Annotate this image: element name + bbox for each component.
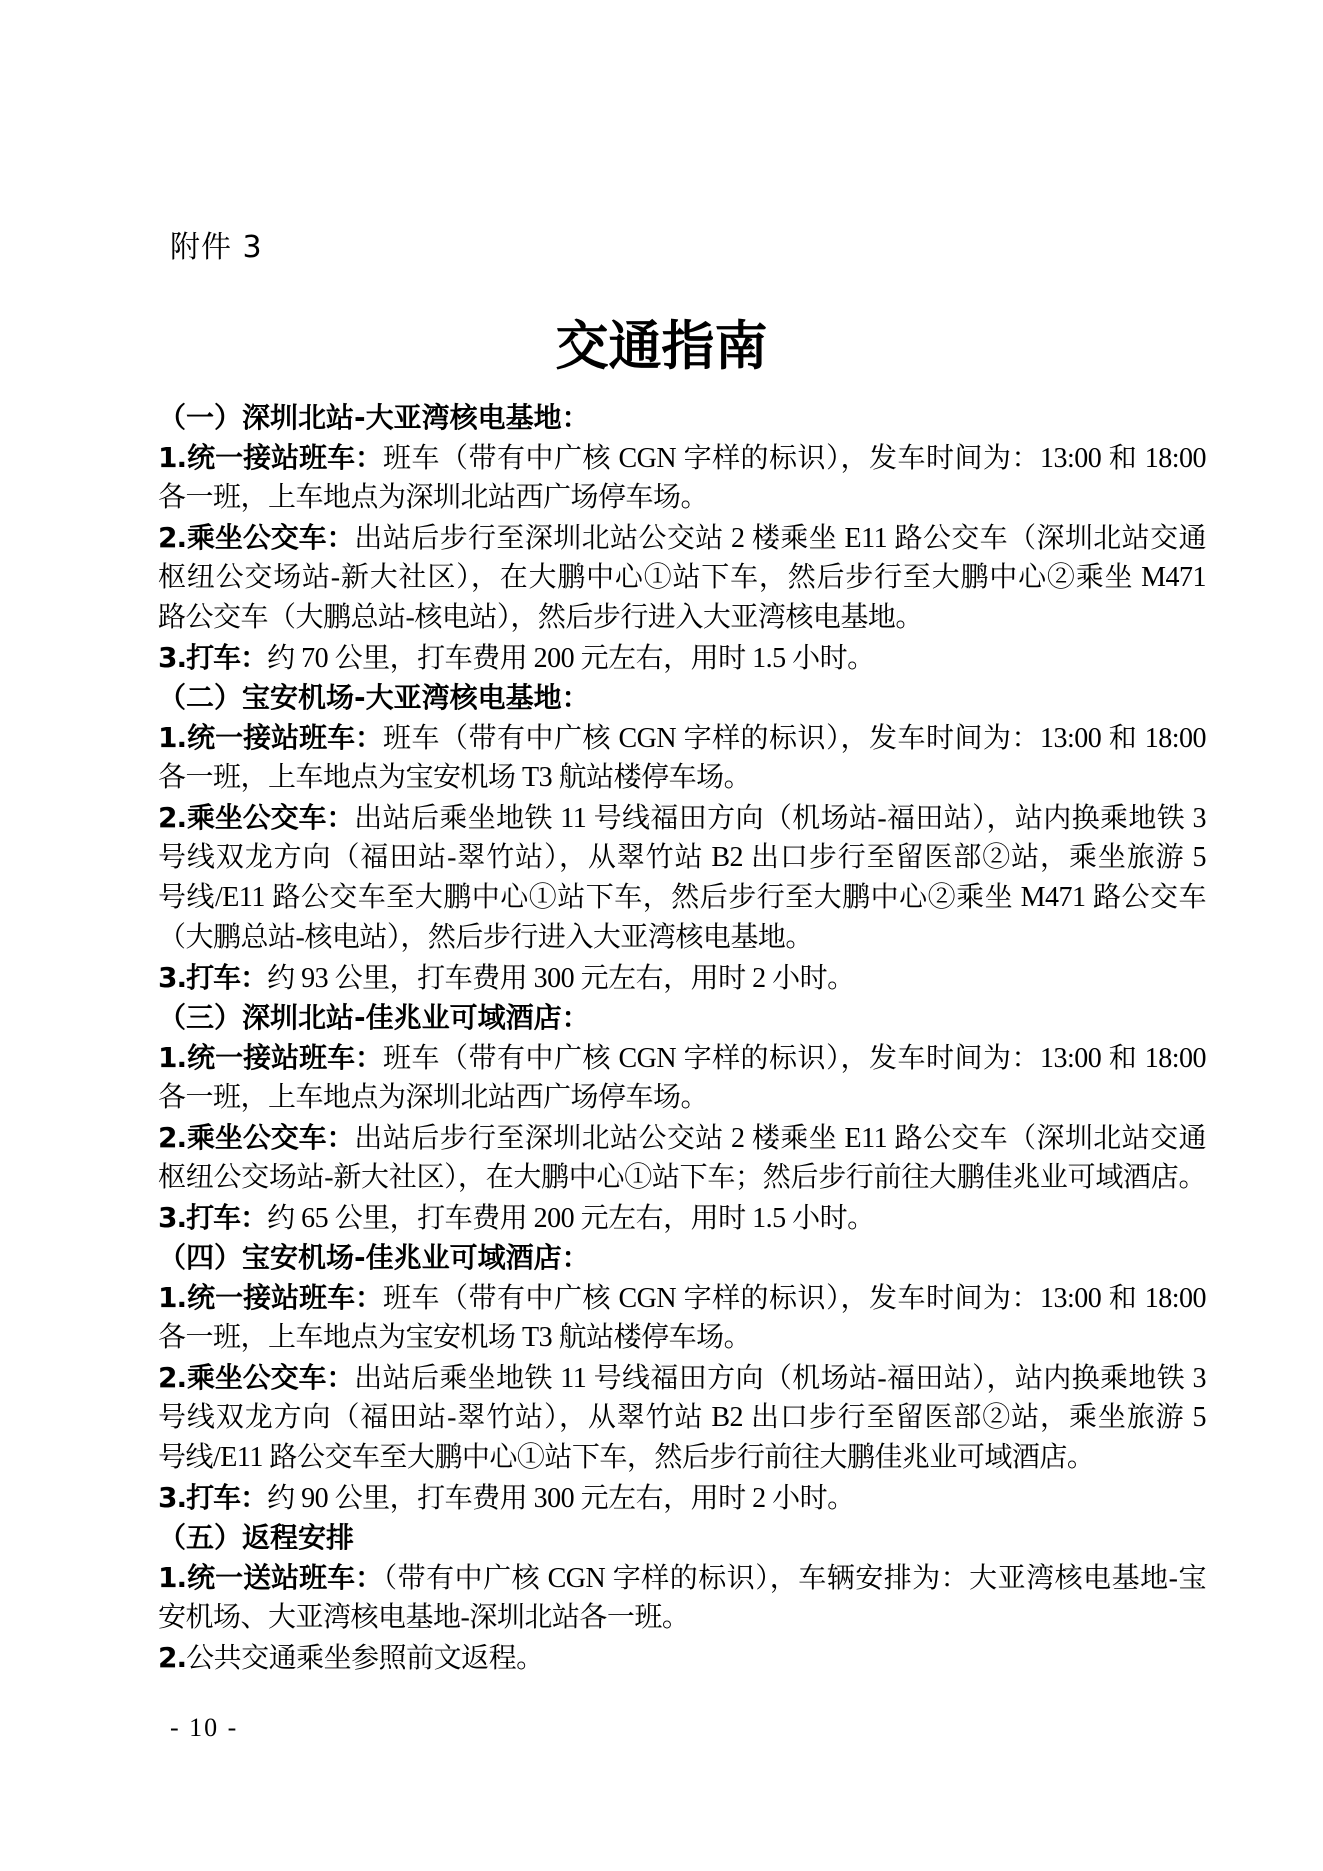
text-run: 班车（带有中广核 CGN 字样的标识），发车时间为：13:00 和 18:00 bbox=[383, 1283, 1206, 1314]
text-run: 约 70 公里，打车费用 200 元左右，用时 1.5 小时。 bbox=[267, 643, 875, 674]
text-run: 号线/E11 路公交车至大鹏中心①站下车，然后步行至大鹏中心②乘坐 M471 路… bbox=[158, 882, 1206, 913]
attachment-label: 附件 3 bbox=[170, 230, 263, 266]
bold-run: （三）深圳北站-佳兆业可域酒店： bbox=[158, 1001, 590, 1034]
bold-run: 1.统一接站班车： bbox=[158, 721, 383, 754]
text-line: 2.乘坐公交车：出站后乘坐地铁 11 号线福田方向（机场站-福田站），站内换乘地… bbox=[158, 798, 1206, 838]
bold-run: 3.打车： bbox=[158, 641, 267, 674]
bold-run: 1.统一接站班车： bbox=[158, 441, 383, 474]
text-line: 号线/E11 路公交车至大鹏中心①站下车，然后步行前往大鹏佳兆业可域酒店。 bbox=[158, 1438, 1206, 1478]
text-line: 1.统一接站班车：班车（带有中广核 CGN 字样的标识），发车时间为：13:00… bbox=[158, 1038, 1206, 1078]
text-run: 公共交通乘坐参照前文返程。 bbox=[186, 1643, 544, 1674]
bold-run: 3.打车： bbox=[158, 1481, 267, 1514]
text-line: 2.公共交通乘坐参照前文返程。 bbox=[158, 1638, 1206, 1678]
text-run: 各一班，上车地点为宝安机场 T3 航站楼停车场。 bbox=[158, 1322, 751, 1353]
text-run: 各一班，上车地点为深圳北站西广场停车场。 bbox=[158, 482, 708, 513]
bold-run: 3.打车： bbox=[158, 961, 267, 994]
text-run: 枢纽公交场站-新大社区），在大鹏中心①站下车，然后步行至大鹏中心②乘坐 M471 bbox=[158, 562, 1206, 593]
text-line: 2.乘坐公交车：出站后步行至深圳北站公交站 2 楼乘坐 E11 路公交车（深圳北… bbox=[158, 518, 1206, 558]
text-line: 号线/E11 路公交车至大鹏中心①站下车，然后步行至大鹏中心②乘坐 M471 路… bbox=[158, 878, 1206, 918]
text-line: 1.统一送站班车：（带有中广核 CGN 字样的标识），车辆安排为：大亚湾核电基地… bbox=[158, 1558, 1206, 1598]
text-run: 出站后步行至深圳北站公交站 2 楼乘坐 E11 路公交车（深圳北站交通 bbox=[354, 523, 1206, 554]
text-line: 3.打车：约 90 公里，打车费用 300 元左右，用时 2 小时。 bbox=[158, 1478, 1206, 1518]
text-run: 枢纽公交场站-新大社区），在大鹏中心①站下车；然后步行前往大鹏佳兆业可域酒店。 bbox=[158, 1162, 1206, 1193]
text-line: 各一班，上车地点为深圳北站西广场停车场。 bbox=[158, 478, 1206, 518]
text-line: 3.打车：约 93 公里，打车费用 300 元左右，用时 2 小时。 bbox=[158, 958, 1206, 998]
text-run: 约 93 公里，打车费用 300 元左右，用时 2 小时。 bbox=[267, 963, 855, 994]
bold-run: 2.乘坐公交车： bbox=[158, 1121, 354, 1154]
text-run: 出站后乘坐地铁 11 号线福田方向（机场站-福田站），站内换乘地铁 3 bbox=[354, 1363, 1206, 1394]
bold-run: 3.打车： bbox=[158, 1201, 267, 1234]
text-line: （二）宝安机场-大亚湾核电基地： bbox=[158, 678, 1206, 718]
text-run: 约 90 公里，打车费用 300 元左右，用时 2 小时。 bbox=[267, 1483, 855, 1514]
text-line: 号线双龙方向（福田站-翠竹站），从翠竹站 B2 出口步行至留医部②站，乘坐旅游 … bbox=[158, 1398, 1206, 1438]
text-run: 班车（带有中广核 CGN 字样的标识），发车时间为：13:00 和 18:00 bbox=[383, 443, 1206, 474]
text-line: 1.统一接站班车：班车（带有中广核 CGN 字样的标识），发车时间为：13:00… bbox=[158, 438, 1206, 478]
bold-run: （四）宝安机场-佳兆业可域酒店： bbox=[158, 1241, 590, 1274]
text-run: （大鹏总站-核电站），然后步行进入大亚湾核电基地。 bbox=[158, 922, 813, 953]
document-page: 附件 3 交通指南 （一）深圳北站-大亚湾核电基地：1.统一接站班车：班车（带有… bbox=[0, 0, 1323, 1871]
text-line: 1.统一接站班车：班车（带有中广核 CGN 字样的标识），发车时间为：13:00… bbox=[158, 1278, 1206, 1318]
text-line: 各一班，上车地点为宝安机场 T3 航站楼停车场。 bbox=[158, 758, 1206, 798]
text-line: （五）返程安排 bbox=[158, 1518, 1206, 1558]
document-body: （一）深圳北站-大亚湾核电基地：1.统一接站班车：班车（带有中广核 CGN 字样… bbox=[158, 398, 1206, 1678]
bold-run: （五）返程安排 bbox=[158, 1521, 354, 1554]
bold-run: （二）宝安机场-大亚湾核电基地： bbox=[158, 681, 590, 714]
text-line: 路公交车（大鹏总站-核电站），然后步行进入大亚湾核电基地。 bbox=[158, 598, 1206, 638]
text-run: 班车（带有中广核 CGN 字样的标识），发车时间为：13:00 和 18:00 bbox=[383, 723, 1206, 754]
text-line: （四）宝安机场-佳兆业可域酒店： bbox=[158, 1238, 1206, 1278]
page-number: - 10 - bbox=[170, 1712, 238, 1744]
text-line: （一）深圳北站-大亚湾核电基地： bbox=[158, 398, 1206, 438]
bold-run: 1.统一接站班车： bbox=[158, 1281, 383, 1314]
text-run: 出站后乘坐地铁 11 号线福田方向（机场站-福田站），站内换乘地铁 3 bbox=[354, 803, 1206, 834]
text-run: 各一班，上车地点为宝安机场 T3 航站楼停车场。 bbox=[158, 762, 751, 793]
text-line: 各一班，上车地点为宝安机场 T3 航站楼停车场。 bbox=[158, 1318, 1206, 1358]
text-line: 1.统一接站班车：班车（带有中广核 CGN 字样的标识），发车时间为：13:00… bbox=[158, 718, 1206, 758]
text-line: 安机场、大亚湾核电基地-深圳北站各一班。 bbox=[158, 1598, 1206, 1638]
text-line: （大鹏总站-核电站），然后步行进入大亚湾核电基地。 bbox=[158, 918, 1206, 958]
text-run: 约 65 公里，打车费用 200 元左右，用时 1.5 小时。 bbox=[267, 1203, 875, 1234]
text-line: 2.乘坐公交车：出站后乘坐地铁 11 号线福田方向（机场站-福田站），站内换乘地… bbox=[158, 1358, 1206, 1398]
text-line: 枢纽公交场站-新大社区），在大鹏中心①站下车；然后步行前往大鹏佳兆业可域酒店。 bbox=[158, 1158, 1206, 1198]
text-line: 各一班，上车地点为深圳北站西广场停车场。 bbox=[158, 1078, 1206, 1118]
bold-run: （一）深圳北站-大亚湾核电基地： bbox=[158, 401, 590, 434]
text-run: 号线双龙方向（福田站-翠竹站），从翠竹站 B2 出口步行至留医部②站，乘坐旅游 … bbox=[158, 1402, 1206, 1433]
bold-run: 1.统一送站班车： bbox=[158, 1561, 383, 1594]
text-run: 班车（带有中广核 CGN 字样的标识），发车时间为：13:00 和 18:00 bbox=[383, 1043, 1206, 1074]
bold-run: 2.乘坐公交车： bbox=[158, 521, 354, 554]
text-run: 号线/E11 路公交车至大鹏中心①站下车，然后步行前往大鹏佳兆业可域酒店。 bbox=[158, 1442, 1094, 1473]
text-line: 3.打车：约 70 公里，打车费用 200 元左右，用时 1.5 小时。 bbox=[158, 638, 1206, 678]
text-run: 路公交车（大鹏总站-核电站），然后步行进入大亚湾核电基地。 bbox=[158, 602, 923, 633]
text-line: 枢纽公交场站-新大社区），在大鹏中心①站下车，然后步行至大鹏中心②乘坐 M471 bbox=[158, 558, 1206, 598]
text-line: （三）深圳北站-佳兆业可域酒店： bbox=[158, 998, 1206, 1038]
text-line: 3.打车：约 65 公里，打车费用 200 元左右，用时 1.5 小时。 bbox=[158, 1198, 1206, 1238]
text-run: （带有中广核 CGN 字样的标识），车辆安排为：大亚湾核电基地-宝 bbox=[383, 1563, 1206, 1594]
text-run: 号线双龙方向（福田站-翠竹站），从翠竹站 B2 出口步行至留医部②站，乘坐旅游 … bbox=[158, 842, 1206, 873]
text-line: 号线双龙方向（福田站-翠竹站），从翠竹站 B2 出口步行至留医部②站，乘坐旅游 … bbox=[158, 838, 1206, 878]
text-run: 各一班，上车地点为深圳北站西广场停车场。 bbox=[158, 1082, 708, 1113]
text-run: 出站后步行至深圳北站公交站 2 楼乘坐 E11 路公交车（深圳北站交通 bbox=[354, 1123, 1206, 1154]
text-run: 安机场、大亚湾核电基地-深圳北站各一班。 bbox=[158, 1602, 689, 1633]
bold-run: 2.乘坐公交车： bbox=[158, 1361, 354, 1394]
bold-run: 2. bbox=[158, 1641, 186, 1674]
bold-run: 2.乘坐公交车： bbox=[158, 801, 354, 834]
page-title: 交通指南 bbox=[0, 316, 1323, 378]
text-line: 2.乘坐公交车：出站后步行至深圳北站公交站 2 楼乘坐 E11 路公交车（深圳北… bbox=[158, 1118, 1206, 1158]
bold-run: 1.统一接站班车： bbox=[158, 1041, 383, 1074]
